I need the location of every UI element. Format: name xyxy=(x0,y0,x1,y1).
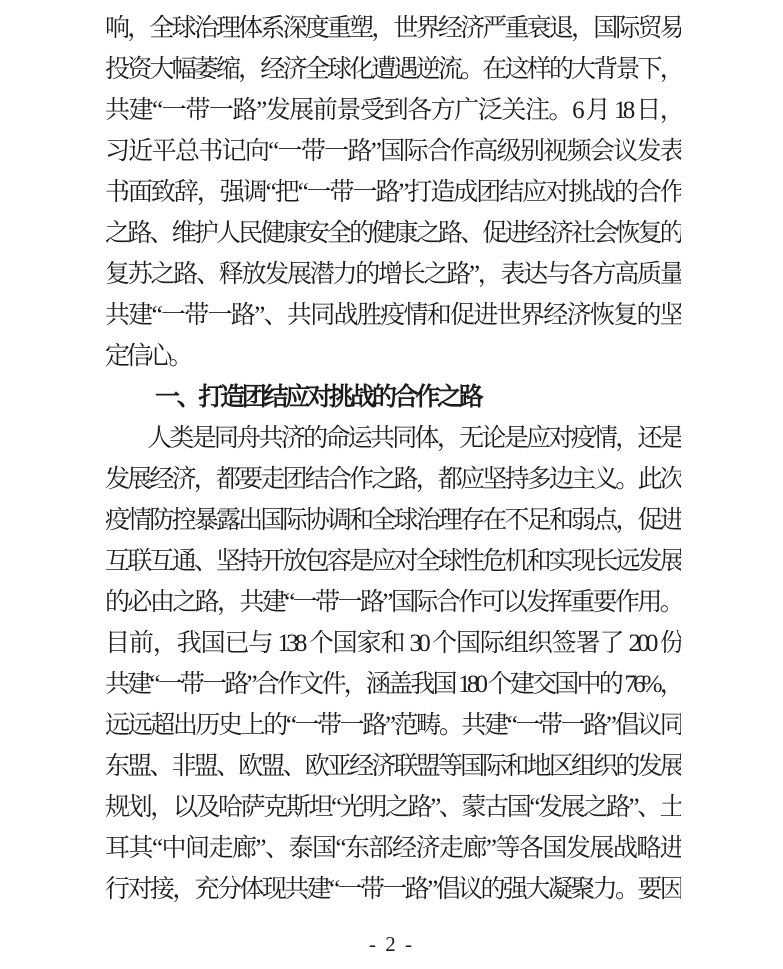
text-line: 复苏之路、释放发展潜力的增长之路”，表达与各方高质量 xyxy=(105,254,681,295)
text-line: 响，全球治理体系深度重塑，世界经济严重衰退，国际贸易 xyxy=(105,8,681,49)
section-heading: 一、打造团结应对挑战的合作之路 xyxy=(105,377,681,418)
text-line: 疫情防控暴露出国际协调和全球治理存在不足和弱点，促进 xyxy=(105,500,681,541)
text-line: 远远超出历史上的“一带一路”范畴。共建“一带一路”倡议同 xyxy=(105,705,681,746)
text-line: 行对接，充分体现共建“一带一路”倡议的强大凝聚力。要因 xyxy=(105,869,681,910)
page-footer: - 2 - xyxy=(0,929,783,959)
text-line: 之路、维护人民健康安全的健康之路、促进经济社会恢复的 xyxy=(105,213,681,254)
text-line: 的必由之路，共建“一带一路”国际合作可以发挥重要作用。 xyxy=(105,582,681,623)
text-line: 人类是同舟共济的命运共同体，无论是应对疫情，还是 xyxy=(105,418,681,459)
text-line: 目前，我国已与 138 个国家和 30 个国际组织签署了 200 份 xyxy=(105,623,681,664)
text-line: 习近平总书记向“一带一路”国际合作高级别视频会议发表 xyxy=(105,131,681,172)
text-line: 东盟、非盟、欧盟、欧亚经济联盟等国际和地区组织的发展 xyxy=(105,746,681,787)
text-line: 投资大幅萎缩，经济全球化遭遇逆流。在这样的大背景下， xyxy=(105,49,681,90)
text-line: 定信心。 xyxy=(105,336,681,377)
text-line: 共建“一带一路”、共同战胜疫情和促进世界经济恢复的坚 xyxy=(105,295,681,336)
document-body: 响，全球治理体系深度重塑，世界经济严重衰退，国际贸易投资大幅萎缩，经济全球化遭遇… xyxy=(105,8,681,910)
document-page: 响，全球治理体系深度重塑，世界经济严重衰退，国际贸易投资大幅萎缩，经济全球化遭遇… xyxy=(0,0,783,969)
page-number: - 2 - xyxy=(369,932,414,956)
text-line: 发展经济，都要走团结合作之路，都应坚持多边主义。此次 xyxy=(105,459,681,500)
text-line: 书面致辞，强调“把“一带一路”打造成团结应对挑战的合作 xyxy=(105,172,681,213)
text-line: 共建“一带一路”发展前景受到各方广泛关注。6 月 18 日， xyxy=(105,90,681,131)
text-line: 规划，以及哈萨克斯坦“光明之路”、蒙古国“发展之路”、土 xyxy=(105,787,681,828)
text-line: 耳其“中间走廊”、泰国“东部经济走廊”等各国发展战略进 xyxy=(105,828,681,869)
text-line: 互联互通、坚持开放包容是应对全球性危机和实现长远发展 xyxy=(105,541,681,582)
text-line: 共建“一带一路”合作文件，涵盖我国 180 个建交国中的 76%， xyxy=(105,664,681,705)
